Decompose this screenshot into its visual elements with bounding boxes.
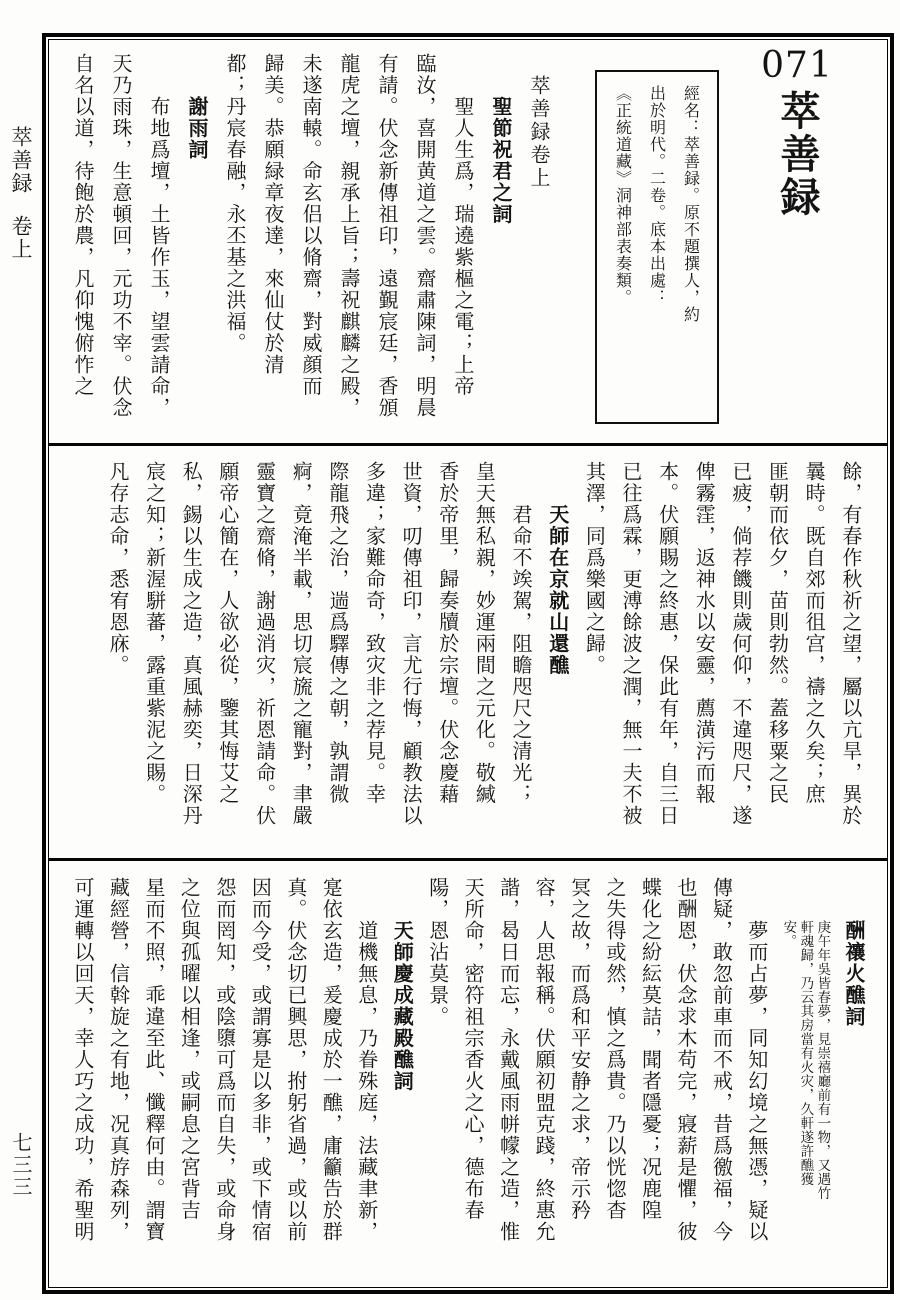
margin-running-title: 萃善録卷上 [8, 126, 34, 261]
margin-volume-title: 萃善録 [9, 126, 33, 195]
text-column: 歸美。恭願緑章夜達，來仙仗於清 [261, 53, 285, 376]
chapter-title: 萃善録卷上 [527, 53, 551, 190]
section-heading: 天師慶成藏殿醮詞 [390, 877, 414, 1092]
text-column: 有請。伏念新傳祖印，遠覲宸廷，香頒 [375, 53, 399, 419]
text-column: 本。伏願賜之終惠，保此有年，自三日 [656, 461, 680, 827]
section-heading: 聖節祝君之詞 [489, 53, 513, 225]
text-column: 香於帝里，歸奏牘於宗壇。伏念慶藉 [436, 461, 460, 805]
text-columns-register-1: 萃善録卷上聖節祝君之詞聖人生爲，瑞遶紫樞之電；上帝臨汝，喜開黄道之雲。齋肅陳詞，… [71, 53, 551, 438]
text-column: 星而不照，乖違至此、懺釋何由。謂寶 [142, 877, 166, 1243]
scanned-page: { "page_code": "071", "volume_title": "萃… [0, 0, 900, 1300]
text-column: 多違；家難命奇，致灾非之荐見。幸 [362, 461, 386, 805]
text-column: 之失得或然，慎之爲貴。乃以恍惚杳 [603, 877, 627, 1221]
text-column: 怨而罔知，或陰隳可爲而自失，或命身 [213, 877, 237, 1243]
text-column: 宸之知；新渥駢蕃，露重紫泥之賜。 [143, 461, 167, 805]
text-column: 未遂南轅。命玄侣以脩齋，對威顔而 [299, 53, 323, 397]
text-column: 臨汝，喜開黄道之雲。齋肅陳詞，明晨 [413, 53, 437, 419]
interlinear-note: 庚午年吳皆春夢，見崇禧廳前有一物，又遇竹軒魂歸，乃云其房當有火灾，久軒遂許醮獲安… [780, 877, 830, 1200]
text-column: 可運轉以回天，幸人巧之成功，希聖明 [71, 877, 95, 1243]
text-column: 天所命，密符祖宗香火之心，德布春 [461, 877, 485, 1221]
text-column: 容，人思報稱。伏願初盟克踐，終惠允 [532, 877, 556, 1243]
text-column: 已疲，倘荐饑則歲何仰，不違咫尺，遂 [729, 461, 753, 827]
colophon-column: 經名：萃善録。原不題撰人，約 [682, 85, 701, 409]
register-bottom: 酬禳火醮詞庚午年吳皆春夢，見崇禧廳前有一物，又遇竹軒魂歸，乃云其房當有火灾，久軒… [49, 858, 887, 1282]
volume-title: 萃善録 [777, 90, 817, 219]
text-column: 皇天無私親，妙運兩間之元化。敬緘 [472, 461, 496, 805]
text-column: 世資，叨傳祖印，言尤行悔，顧教法以 [399, 461, 423, 827]
page-frame-inner-rule: 071 萃善録 經名：萃善録。原不題撰人，約 出於明代。二卷。底本出處： 《正統… [48, 39, 888, 1288]
text-column: 痾，竟淹半載，思切宸旒之寵對，聿嚴 [289, 461, 313, 827]
text-column: 其澤，同爲樂國之歸。 [582, 461, 606, 676]
section-heading: 天師在京就山還醮 [546, 461, 570, 676]
text-column: 之位與孤曜以相逢，或嗣息之宮背吉 [177, 877, 201, 1221]
register-middle: 餘，有春作秋祈之望，屬以亢旱，異於曩時。既自郊而徂宫，禱之久矣；庶匪朝而依夕，苗… [49, 443, 887, 858]
text-column: 道機無息，乃眷殊庭，法藏聿新， [355, 877, 379, 1243]
margin-page-number: 七三三 [8, 1132, 34, 1198]
text-column: 曩時。既自郊而徂宫，禱之久矣；庶 [802, 461, 826, 805]
text-column: 際龍飛之治，遄爲驛傳之朝，孰謂微 [326, 461, 350, 805]
colophon-box: 經名：萃善録。原不題撰人，約 出於明代。二卷。底本出處： 《正統道藏》洞神部表奏… [595, 70, 719, 424]
text-column: 君命不竢駕，阻瞻咫尺之清光； [509, 461, 533, 805]
volume-title-block: 071 萃善録 [767, 48, 827, 219]
register-top: 071 萃善録 經名：萃善録。原不題撰人，約 出於明代。二卷。底本出處： 《正統… [49, 40, 887, 443]
text-column: 寔依玄造，爰慶成於一醮，庸籲告於群 [319, 877, 343, 1243]
margin-chapter: 卷上 [8, 215, 34, 261]
text-column: 願帝心簡在，人欲必從，鑒其悔艾之 [216, 461, 240, 805]
note-column: 軒魂歸，乃云其房當有火灾，久軒遂許醮獲 [797, 920, 813, 1200]
colophon-column: 《正統道藏》洞神部表奏類。 [614, 85, 633, 409]
note-column: 庚午年吳皆春夢，見崇禧廳前有一物，又遇竹 [814, 920, 830, 1200]
text-column: 陽，恩沾莫景。 [426, 877, 450, 1028]
text-column: 龍虎之壇，親承上旨；壽祝麒麟之殿， [337, 53, 361, 419]
text-column: 夢而占夢，同知幻境之無憑，疑以 [745, 877, 769, 1243]
text-columns-register-3: 酬禳火醮詞庚午年吳皆春夢，見崇禧廳前有一物，又遇竹軒魂歸，乃云其房當有火灾，久軒… [71, 877, 866, 1279]
note-column: 安。 [780, 920, 796, 1200]
colophon-column: 出於明代。二卷。底本出處： [648, 85, 667, 409]
section-heading: 謝雨詞 [185, 53, 209, 161]
text-column: 自名以道，待飽於農，凡仰愧俯怍之 [71, 53, 95, 397]
text-column: 都；丹宸春融，永丕基之洪福。 [223, 53, 247, 354]
text-column: 天乃雨珠，生意頓回，元功不宰。伏念 [109, 53, 133, 419]
text-column: 私，錫以生成之造，真風赫奕，日深丹 [179, 461, 203, 827]
volume-number: 071 [761, 48, 833, 84]
text-column: 藏經營，信斡旋之有地，况真斿森列， [106, 877, 130, 1243]
text-column: 因而今受，或謂寡是以多非，或下情宿 [248, 877, 272, 1243]
text-column: 已往爲霖，更溥餘波之潤，無一夫不被 [619, 461, 643, 827]
text-column: 諧，曷日而忘，永戴風雨帡幪之造，惟 [497, 877, 521, 1243]
text-column: 布地爲壇，土皆作玉，望雲請命， [147, 53, 171, 419]
text-column: 俾霧霔，返神水以安靈，薦潢污而報 [692, 461, 716, 805]
text-columns-register-2: 餘，有春作秋祈之望，屬以亢旱，異於曩時。既自郊而徂宫，禱之久矣；庶匪朝而依夕，苗… [106, 461, 863, 856]
page-frame: 071 萃善録 經名：萃善録。原不題撰人，約 出於明代。二卷。底本出處： 《正統… [42, 33, 894, 1294]
text-column: 凡存志命，悉宥恩庥。 [106, 461, 130, 676]
text-column: 也酬恩，伏念求木苟完，寢薪是懼，彼 [674, 877, 698, 1243]
text-column: 傳疑，敢忽前車而不戒，昔爲徼福，今 [709, 877, 733, 1243]
text-column: 冥之故，而爲和平安静之求，帝示矜 [568, 877, 592, 1221]
text-column: 匪朝而依夕，苗則勃然。蓋移粟之民 [766, 461, 790, 805]
section-heading: 酬禳火醮詞 [842, 877, 866, 1028]
text-column: 餘，有春作秋祈之望，屬以亢旱，異於 [839, 461, 863, 827]
text-column: 聖人生爲，瑞遶紫樞之電；上帝 [451, 53, 475, 397]
text-column: 靈寶之齋脩，謝過消灾，祈恩請命。伏 [253, 461, 277, 827]
text-column: 真。伏念切已興思，拊躬省過，或以前 [284, 877, 308, 1243]
text-column: 蝶化之紛紜莫詰，聞者隱憂；况鹿隍 [639, 877, 663, 1221]
